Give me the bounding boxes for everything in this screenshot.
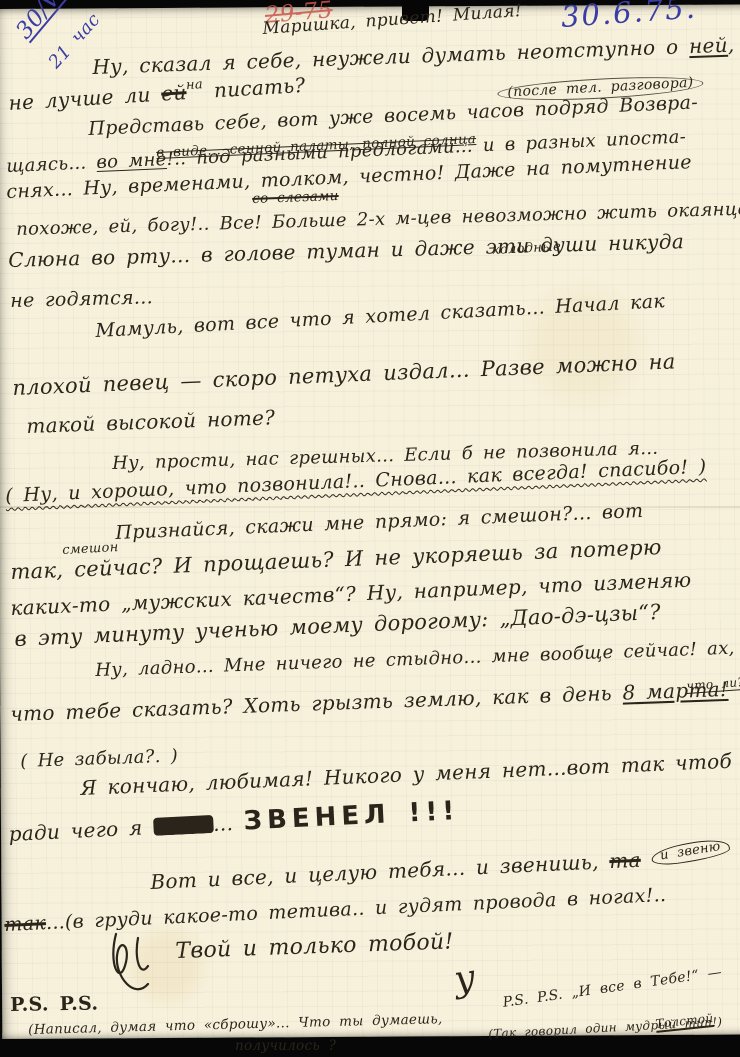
scribbled-out-word xyxy=(153,815,214,836)
struck-word-ta: та xyxy=(609,848,642,873)
line-22-ellipsis: ... xyxy=(212,811,244,836)
ps-left-line2: получилось ? xyxy=(235,1039,336,1053)
letter-scan: 30/VI 21 час 29-75 Маришка, привет! Мила… xyxy=(0,0,740,1057)
underlined-words-vo-mne: во мне xyxy=(96,149,167,173)
insertion-na: на xyxy=(186,77,204,93)
underlined-word-ney: ней xyxy=(689,33,729,58)
ps-left-label: P.S. P.S. xyxy=(10,994,98,1015)
struck-word-ey: ей xyxy=(160,80,187,106)
signature-flourish-icon xyxy=(104,930,170,1006)
line-01-comma: , xyxy=(727,33,735,57)
struck-word-tak: так xyxy=(4,912,47,936)
body-line-08: не годятся... xyxy=(10,288,153,312)
underlined-8-marta: 8 марта! xyxy=(622,677,728,705)
line-04-text: щаясь... xyxy=(6,152,97,177)
